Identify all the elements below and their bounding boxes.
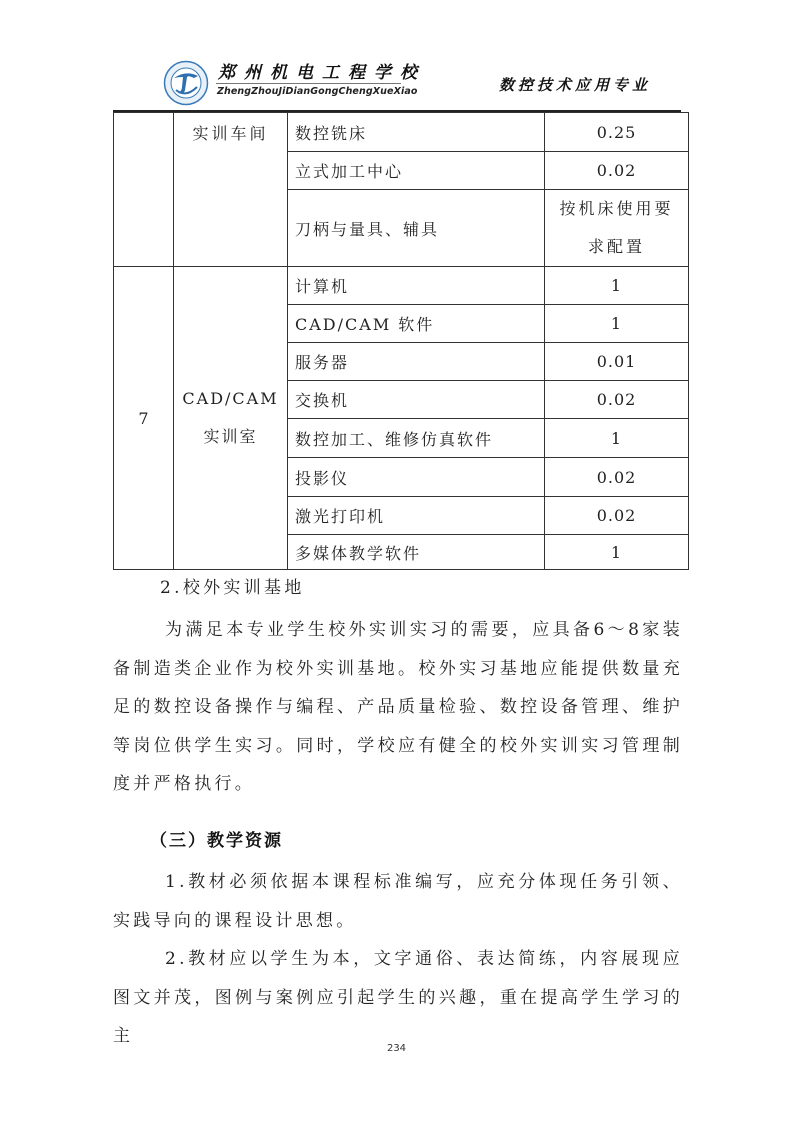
- school-emblem-icon: [163, 60, 209, 106]
- item-cell: CAD/CAM 软件: [288, 305, 545, 343]
- page-header: 郑州机电工程学校 ZhengZhouJiDianGongChengXueXiao…: [113, 52, 681, 112]
- item-cell: 多媒体教学软件: [288, 535, 545, 570]
- value-cell: 0.02: [545, 458, 689, 497]
- index-cell: 7: [114, 267, 174, 570]
- major-title: 数控技术应用专业: [499, 74, 651, 95]
- item-cell: 交换机: [288, 381, 545, 419]
- paragraph: 2.教材应以学生为本，文字通俗、表达简练，内容展现应图文并茂，图例与案例应引起学…: [113, 940, 683, 1056]
- value-cell: 1: [545, 305, 689, 343]
- paragraph: 1.教材必须依据本课程标准编写，应充分体现任务引领、实践导向的课程设计思想。: [113, 863, 683, 940]
- value-cell: 0.25: [545, 113, 689, 152]
- value-cell: 1: [545, 267, 689, 305]
- value-cell: 0.02: [545, 152, 689, 190]
- item-cell: 数控加工、维修仿真软件: [288, 419, 545, 458]
- value-cell: 1: [545, 419, 689, 458]
- item-cell: 投影仪: [288, 458, 545, 497]
- room-line: 实训室: [174, 418, 287, 456]
- item-cell: 刀柄与量具、辅具: [288, 190, 545, 267]
- subsection-title: 2.校外实训基地: [160, 569, 660, 608]
- value-line: 求配置: [545, 228, 688, 266]
- page-number: 234: [0, 1043, 793, 1054]
- item-cell: 数控铣床: [288, 113, 545, 152]
- room-line: CAD/CAM: [174, 380, 287, 418]
- school-name-cn: 郑州机电工程学校: [218, 58, 426, 83]
- value-line: 按机床使用要: [545, 190, 688, 228]
- value-cell: 0.02: [545, 381, 689, 419]
- value-cell: 1: [545, 535, 689, 570]
- item-cell: 立式加工中心: [288, 152, 545, 190]
- room-cell: 实训车间: [174, 113, 288, 267]
- item-cell: 激光打印机: [288, 497, 545, 535]
- school-name-en: ZhengZhouJiDianGongChengXueXiao: [217, 86, 418, 97]
- school-name-divider: [216, 83, 401, 84]
- item-cell: 服务器: [288, 343, 545, 381]
- section-title: （三）教学资源: [150, 826, 283, 851]
- value-cell: 0.02: [545, 497, 689, 535]
- value-cell: 按机床使用要 求配置: [545, 190, 689, 267]
- room-cell: CAD/CAM 实训室: [174, 267, 288, 570]
- item-cell: 计算机: [288, 267, 545, 305]
- equipment-table: 实训车间 数控铣床 0.25 立式加工中心 0.02 刀柄与量具、辅具 按机床使…: [113, 112, 689, 570]
- table-row: 7 CAD/CAM 实训室 计算机 1: [114, 267, 689, 305]
- index-cell: [114, 113, 174, 267]
- paragraph: 为满足本专业学生校外实训实习的需要，应具备6～8家装备制造类企业作为校外实训基地…: [113, 611, 683, 804]
- value-cell: 0.01: [545, 343, 689, 381]
- table-row: 实训车间 数控铣床 0.25: [114, 113, 689, 152]
